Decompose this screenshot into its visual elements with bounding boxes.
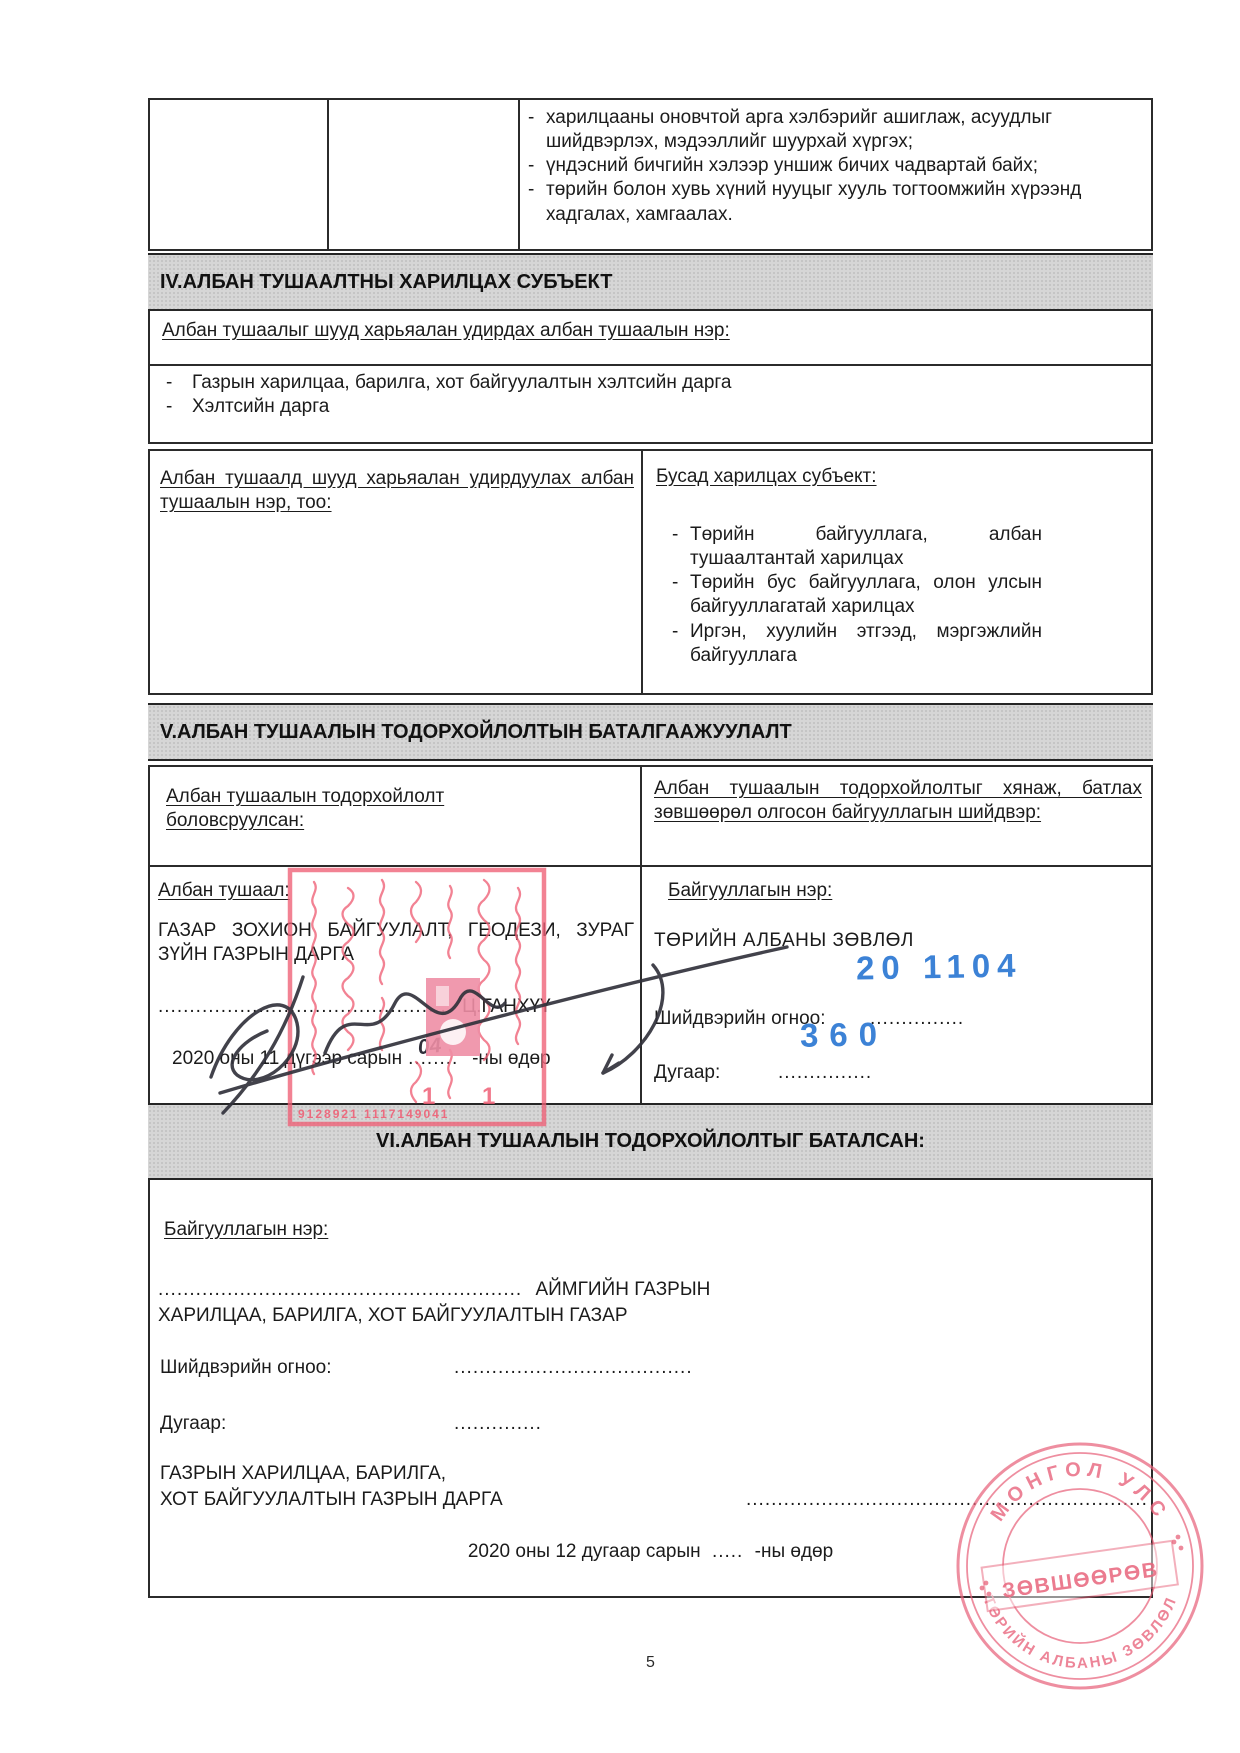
date-prefix: 2020 оны 12 дугаар сарын	[468, 1541, 701, 1562]
org-name-label: Байгууллагын нэр:	[668, 879, 832, 903]
top-table-divider-2	[518, 100, 520, 249]
bullet-text: Хэлтсийн дарга	[192, 395, 329, 419]
list-item: - харилцааны оновчтой арга хэлбэрийг аши…	[528, 106, 1144, 154]
org-name-label: Байгууллагын нэр:	[164, 1218, 328, 1242]
bullet-dash: -	[528, 154, 546, 178]
bullet-text: Газрын харилцаа, барилга, хот байгуулалт…	[192, 371, 731, 395]
svg-text:МОНГОЛ УЛС: МОНГОЛ УЛС	[987, 1459, 1174, 1526]
round-stamp-top-text: МОНГОЛ УЛС	[987, 1459, 1174, 1526]
org-name-text: АЙМГИЙН ГАЗРЫН	[527, 1279, 710, 1300]
number-dots: ..............	[454, 1412, 542, 1436]
developed-by-label: Албан тушаалын тодорхойлолт боловсруулса…	[166, 785, 516, 833]
bullet-dash: -	[166, 395, 192, 419]
other-subjects-list: - Төрийн байгууллага, албан тушаалтантай…	[672, 523, 1058, 668]
section4-subjects-table: Албан тушаалд шууд харьяалан удирдуулах …	[148, 449, 1153, 695]
section5-header-band: V.АЛБАН ТУШААЛЫН ТОДОРХОЙЛОЛТЫН БАТАЛГАА…	[148, 703, 1153, 761]
bullet-dash: -	[528, 178, 546, 226]
bullet-dash: -	[672, 620, 690, 668]
date-dots: .....	[706, 1541, 749, 1562]
handwritten-decision-date: 20 1104	[856, 947, 1023, 988]
direct-manager-label: Албан тушаалыг шууд харьяалан удирдах ал…	[162, 319, 730, 343]
column-divider	[641, 451, 643, 693]
number-label: Дугаар:	[160, 1412, 226, 1436]
top-table-divider-1	[327, 100, 329, 249]
bullet-text: Иргэн, хуулийн этгээд, мэргэжлийн байгуу…	[690, 620, 1042, 668]
date-suffix: -ны өдөр	[755, 1541, 834, 1562]
list-item: - Хэлтсийн дарга	[166, 395, 1106, 419]
list-item: - Иргэн, хуулийн этгээд, мэргэжлийн байг…	[672, 620, 1058, 668]
subordinates-label: Албан тушаалд шууд харьяалан удирдуулах …	[160, 467, 634, 515]
list-item: - төрийн болон хувь хүний нууцыг хууль т…	[528, 178, 1144, 226]
list-item: - үндэсний бичгийн хэлээр уншиж бичих ча…	[528, 154, 1144, 178]
bullet-text: Төрийн байгууллага, албан тушаалтантай х…	[690, 523, 1042, 571]
bullet-text: төрийн болон хувь хүний нууцыг хууль тог…	[546, 178, 1142, 226]
bullet-dash: -	[528, 106, 546, 154]
section6-title: VI.АЛБАН ТУШААЛЫН ТОДОРХОЙЛОЛТЫГ БАТАЛСА…	[376, 1130, 925, 1152]
list-item: - Төрийн бус байгууллага, олон улсын бай…	[672, 571, 1058, 619]
bullet-dash: -	[672, 571, 690, 619]
list-item: - Төрийн байгууллага, албан тушаалтантай…	[672, 523, 1058, 571]
org-dots: ........................................…	[158, 1279, 522, 1300]
top-table-bullet-list: - харилцааны оновчтой арга хэлбэрийг аши…	[528, 106, 1144, 227]
decision-date-label: Шийдвэрийн огноо:	[160, 1356, 331, 1380]
section5-title: V.АЛБАН ТУШААЛЫН ТОДОРХОЙЛОЛТЫН БАТАЛГАА…	[160, 721, 792, 743]
decision-date-dots: ......................................	[454, 1356, 693, 1380]
list-item: - Газрын харилцаа, барилга, хот байгуула…	[166, 371, 1106, 395]
org-name-line2: ХАРИЛЦАА, БАРИЛГА, ХОТ БАЙГУУЛАЛТЫН ГАЗА…	[158, 1304, 628, 1328]
section4-header-band: IV.АЛБАН ТУШААЛТНЫ ХАРИЛЦАХ СУБЪЕКТ	[148, 253, 1153, 311]
bullet-text: харилцааны оновчтой арга хэлбэрийг ашигл…	[546, 106, 1142, 154]
section4-rows: Албан тушаалыг шууд харьяалан удирдах ал…	[148, 311, 1153, 444]
position-label: Албан тушаал:	[158, 879, 290, 903]
bullet-dash: -	[672, 523, 690, 571]
document-page: - харилцааны оновчтой арга хэлбэрийг аши…	[0, 0, 1240, 1753]
director-title-line2: ХОТ БАЙГУУЛАЛТЫН ГАЗРЫН ДАРГА	[160, 1488, 503, 1512]
bullet-dash: -	[166, 371, 192, 395]
top-table: - харилцааны оновчтой арга хэлбэрийг аши…	[148, 98, 1153, 251]
signature-ink	[175, 925, 815, 1120]
round-stamp: МОНГОЛ УЛС ТӨРИЙН АЛБАНЫ ЗӨВЛӨЛ ЗӨВШӨӨРӨ…	[952, 1438, 1208, 1694]
bullet-text: Төрийн бус байгууллага, олон улсын байгу…	[690, 571, 1042, 619]
other-subjects-label: Бусад харилцах субъект:	[656, 465, 877, 489]
section4-title: IV.АЛБАН ТУШААЛТНЫ ХАРИЛЦАХ СУБЪЕКТ	[160, 271, 612, 293]
direct-manager-list: - Газрын харилцаа, барилга, хот байгуула…	[166, 371, 1106, 419]
row-divider	[150, 364, 1151, 366]
bullet-text: үндэсний бичгийн хэлээр уншиж бичих чадв…	[546, 154, 1142, 178]
org-name-line1: ........................................…	[158, 1278, 710, 1302]
director-title-line1: ГАЗРЫН ХАРИЛЦАА, БАРИЛГА,	[160, 1462, 446, 1486]
approved-by-label: Албан тушаалын тодорхойлолтыг хянаж, бат…	[654, 777, 1142, 825]
